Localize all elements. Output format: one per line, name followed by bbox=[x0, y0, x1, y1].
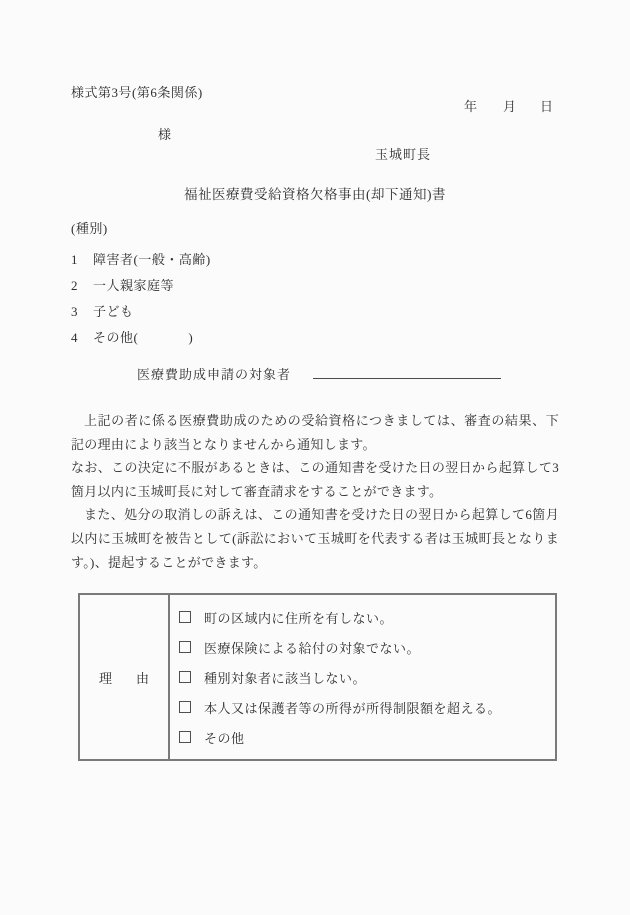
addressee-line: 様 bbox=[74, 124, 171, 143]
other-detail-blank-field[interactable] bbox=[138, 330, 188, 342]
checkbox-icon[interactable] bbox=[179, 731, 191, 743]
document-title: 福祉医療費受給資格欠格事由(却下通知)書 bbox=[0, 183, 630, 203]
date-day-blank-field[interactable] bbox=[516, 97, 540, 111]
document-page: 様式第3号(第6条関係) 年 月 日 様 玉城町長 福祉医療費受給資格欠格事由(… bbox=[0, 0, 630, 915]
sender-title: 玉城町長 bbox=[375, 144, 431, 163]
day-label: 日 bbox=[540, 96, 553, 115]
category-item-paren-close: ) bbox=[188, 325, 193, 351]
checkbox-icon[interactable] bbox=[179, 671, 191, 683]
reason-checkbox-row: 町の区域内に住所を有しない。 bbox=[179, 602, 547, 632]
category-item-label: 子ども bbox=[93, 299, 134, 325]
reason-checkbox-row: 医療保険による給付の対象でない。 bbox=[179, 632, 547, 662]
category-heading: (種別) bbox=[71, 219, 211, 239]
category-item-label: その他( bbox=[93, 325, 138, 351]
category-item-label: 一人親家庭等 bbox=[93, 273, 174, 299]
reason-checkbox-row: 本人又は保護者等の所得が所得制限額を超える。 bbox=[179, 692, 547, 722]
category-item-number: 4 bbox=[71, 325, 93, 351]
category-item: 2 一人親家庭等 bbox=[71, 273, 211, 299]
reason-checkbox-row: その他 bbox=[179, 722, 547, 752]
notice-paragraph: また、処分の取消しの訴えは、この通知書を受けた日の翌日から起算して6箇月以内に玉… bbox=[71, 503, 559, 574]
reason-item-label: 町の区域内に住所を有しない。 bbox=[204, 608, 393, 627]
reason-header-cell: 理 由 bbox=[80, 595, 170, 759]
addressee-suffix-label: 様 bbox=[158, 124, 171, 143]
target-person-blank-field[interactable] bbox=[313, 365, 501, 379]
checkbox-icon[interactable] bbox=[179, 611, 191, 623]
date-year-blank-field[interactable] bbox=[422, 97, 464, 111]
reason-item-label: 医療保険による給付の対象でない。 bbox=[204, 638, 420, 657]
notice-body: 上記の者に係る医療費助成のための受給資格につきましては、審査の結果、下記の理由に… bbox=[71, 409, 559, 574]
reason-checkbox-row: 種別対象者に該当しない。 bbox=[179, 662, 547, 692]
reason-item-label: 種別対象者に該当しない。 bbox=[204, 668, 366, 687]
category-section: (種別) 1 障害者(一般・高齢) 2 一人親家庭等 3 子ども 4 その他( … bbox=[71, 219, 211, 351]
notice-paragraph: なお、この決定に不服があるときは、この通知書を受けた日の翌日から起算して3箇月以… bbox=[71, 456, 559, 503]
year-label: 年 bbox=[464, 96, 477, 115]
category-item-number: 1 bbox=[71, 247, 93, 273]
notice-paragraph: 上記の者に係る医療費助成のための受給資格につきましては、審査の結果、下記の理由に… bbox=[71, 409, 559, 456]
reason-items-cell: 町の区域内に住所を有しない。 医療保険による給付の対象でない。 種別対象者に該当… bbox=[170, 595, 555, 759]
category-item-number: 3 bbox=[71, 299, 93, 325]
category-item: 4 その他( ) bbox=[71, 325, 211, 351]
category-item: 3 子ども bbox=[71, 299, 211, 325]
reason-item-label: その他 bbox=[204, 728, 245, 747]
target-person-row: 医療費助成申請の対象者 bbox=[137, 364, 501, 383]
category-item-number: 2 bbox=[71, 273, 93, 299]
target-person-label: 医療費助成申請の対象者 bbox=[137, 364, 291, 383]
date-line: 年 月 日 bbox=[422, 96, 553, 115]
reason-header-char: 由 bbox=[136, 668, 149, 687]
reason-item-label: 本人又は保護者等の所得が所得制限額を超える。 bbox=[204, 698, 501, 717]
category-item-label: 障害者(一般・高齢) bbox=[93, 247, 211, 273]
reason-table: 理 由 町の区域内に住所を有しない。 医療保険による給付の対象でない。 種別対象… bbox=[78, 593, 557, 761]
reason-header-char: 理 bbox=[99, 668, 112, 687]
checkbox-icon[interactable] bbox=[179, 701, 191, 713]
month-label: 月 bbox=[503, 96, 516, 115]
date-month-blank-field[interactable] bbox=[477, 97, 503, 111]
recipient-name-blank-field[interactable] bbox=[74, 124, 158, 139]
form-number: 様式第3号(第6条関係) bbox=[71, 82, 203, 101]
category-item: 1 障害者(一般・高齢) bbox=[71, 247, 211, 273]
checkbox-icon[interactable] bbox=[179, 641, 191, 653]
